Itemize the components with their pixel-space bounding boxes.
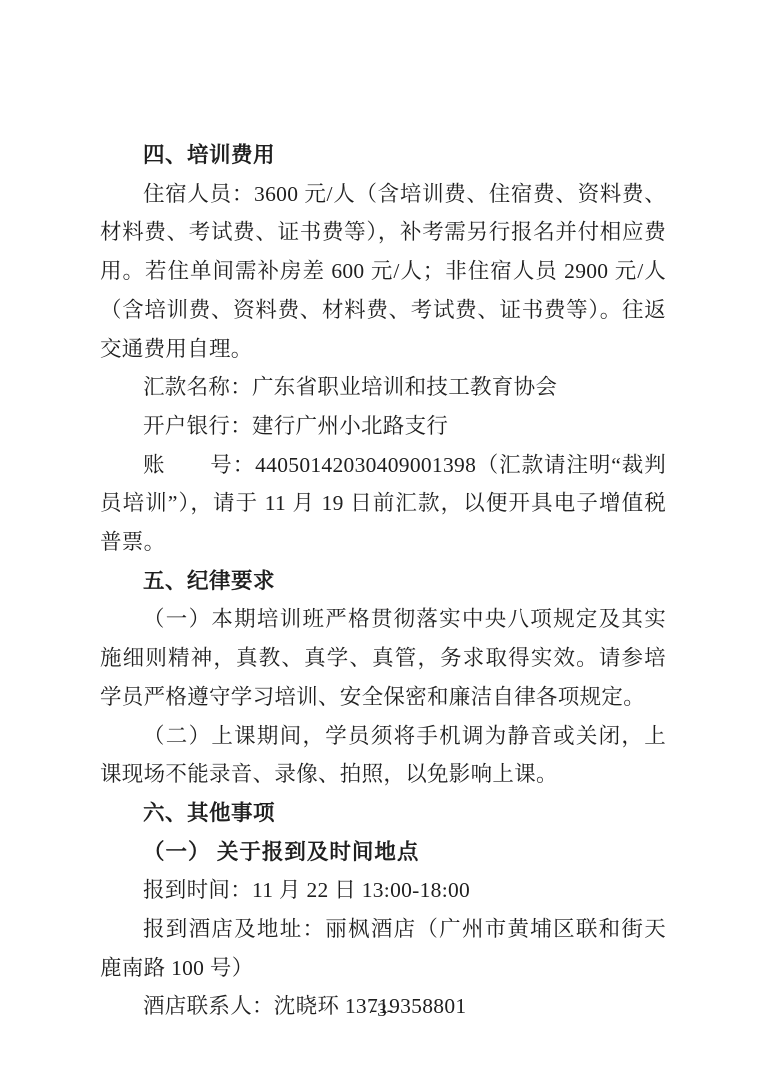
section-heading-discipline: 五、纪律要求 <box>100 562 666 601</box>
section-heading-other-matters: 六、其他事项 <box>100 794 666 833</box>
document-content: 四、培训费用 住宿人员：3600 元/人（含培训费、住宿费、资料费、材料费、考试… <box>100 136 666 1026</box>
paragraph-discipline-1: （一）本期培训班严格贯彻落实中央八项规定及其实施细则精神，真教、真学、真管，务求… <box>100 600 666 716</box>
subheading-checkin-time-place: （一） 关于报到及时间地点 <box>100 833 666 872</box>
section-heading-training-fees: 四、培训费用 <box>100 136 666 175</box>
line-hotel-address: 报到酒店及地址：丽枫酒店（广州市黄埔区联和街天鹿南路 100 号） <box>100 910 666 987</box>
paragraph-fee-details: 住宿人员：3600 元/人（含培训费、住宿费、资料费、材料费、考试费、证书费等）… <box>100 175 666 369</box>
line-checkin-time: 报到时间：11 月 22 日 13:00-18:00 <box>100 871 666 910</box>
line-account-number: 账 号：44050142030409001398（汇款请注明“裁判员培训”），请… <box>100 446 666 562</box>
line-bank-branch: 开户银行：建行广州小北路支行 <box>100 407 666 446</box>
line-remittance-name: 汇款名称：广东省职业培训和技工教育协会 <box>100 368 666 407</box>
document-page: 四、培训费用 住宿人员：3600 元/人（含培训费、住宿费、资料费、材料费、考试… <box>0 0 764 1080</box>
page-number: -3- <box>0 999 764 1023</box>
paragraph-discipline-2: （二）上课期间，学员须将手机调为静音或关闭，上课现场不能录音、录像、拍照，以免影… <box>100 717 666 794</box>
